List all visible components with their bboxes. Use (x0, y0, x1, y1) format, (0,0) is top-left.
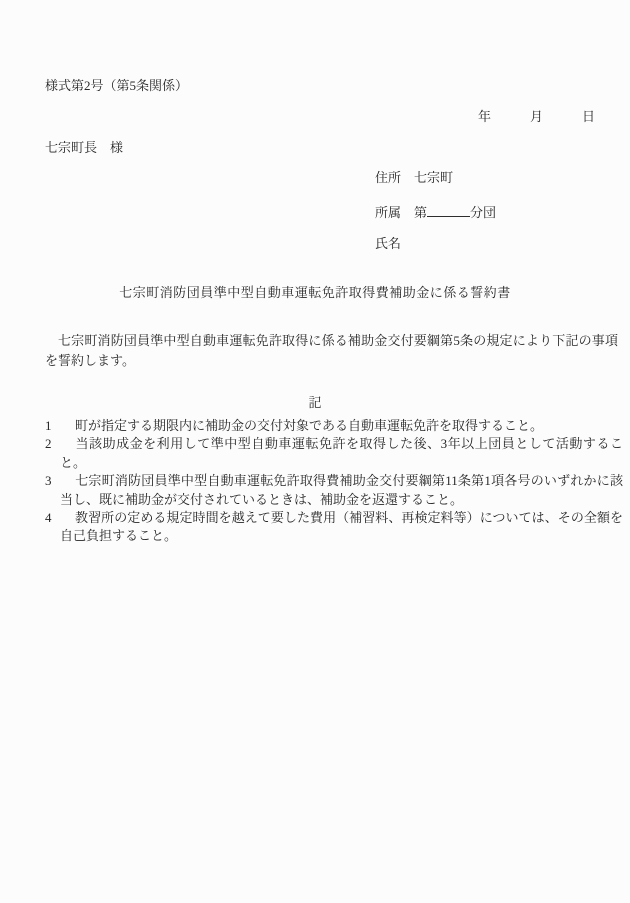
affiliation-prefix: 第 (414, 205, 427, 220)
item-number: 1 (45, 417, 75, 435)
day-label: 日 (582, 109, 595, 124)
pledge-item: 2当該助成金を利用して準中型自動車運転免許を取得した後、3年以上団員として活動す… (45, 435, 623, 472)
item-text: 町が指定する期限内に補助金の交付対象である自動車運転免許を取得すること。 (75, 418, 543, 433)
form-number: 様式第2号（第5条関係） (45, 78, 188, 93)
item-number: 3 (45, 472, 75, 490)
applicant-block: 住所七宗町 所属第分団 氏名 (375, 171, 496, 270)
item-text: 七宗町消防団員準中型自動車運転免許取得費補助金交付要綱第11条第1項各号のいずれ… (60, 473, 623, 506)
item-number: 2 (45, 435, 75, 453)
year-label: 年 (478, 109, 491, 124)
pledge-statement: 七宗町消防団員準中型自動車運転免許取得に係る補助金交付要綱第5条の規定により下記… (45, 331, 618, 370)
addressee: 七宗町長 様 (45, 140, 123, 155)
document-title: 七宗町消防団員準中型自動車運転免許取得費補助金に係る誓約書 (0, 285, 630, 300)
address-label: 住所 (375, 170, 401, 185)
pledge-items: 1町が指定する期限内に補助金の交付対象である自動車運転免許を取得すること。 2当… (45, 417, 623, 546)
month-label: 月 (530, 109, 543, 124)
pledge-item: 3七宗町消防団員準中型自動車運転免許取得費補助金交付要綱第11条第1項各号のいず… (45, 472, 623, 509)
item-number: 4 (45, 509, 75, 527)
name-row: 氏名 (375, 237, 496, 251)
issue-date-line: 年 月 日 (478, 109, 595, 124)
item-text: 当該助成金を利用して準中型自動車運転免許を取得した後、3年以上団員として活動する… (60, 436, 623, 469)
affiliation-suffix: 分団 (470, 205, 496, 220)
pledge-item: 1町が指定する期限内に補助金の交付対象である自動車運転免許を取得すること。 (45, 417, 623, 435)
document-page: 様式第2号（第5条関係） 年 月 日 七宗町長 様 住所七宗町 所属第分団 氏名… (0, 0, 630, 903)
address-row: 住所七宗町 (375, 171, 496, 185)
list-heading: 記 (0, 395, 630, 410)
address-value: 七宗町 (414, 170, 453, 185)
affiliation-row: 所属第分団 (375, 204, 496, 218)
name-label: 氏名 (375, 236, 401, 251)
pledge-item: 4教習所の定める規定時間を越えて要した費用（補習料、再検定料等）については、その… (45, 509, 623, 546)
item-text: 教習所の定める規定時間を越えて要した費用（補習料、再検定料等）については、その全… (60, 510, 623, 543)
affiliation-blank-line (427, 204, 470, 217)
affiliation-label: 所属 (375, 205, 401, 220)
